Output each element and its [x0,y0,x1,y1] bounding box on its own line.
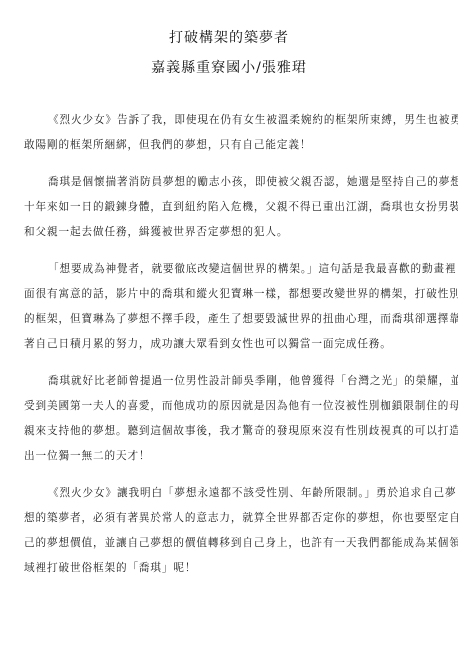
document-body: 《烈火少女》告訴了我，即使現在仍有女生被溫柔婉約的框架所束縛，男生也被勇 敢陽剛… [24,108,436,593]
paragraph-line: 「想要成為神覺者，就要徹底改變這個世界的構架。」這句話是我最喜歡的動畫裡 [24,257,436,282]
paragraph-line: 域裡打破世俗框架的「喬琪」呢！ [24,556,436,581]
paragraph-line: 想的築夢者，必須有著異於常人的意志力，就算全世界都否定你的夢想，你也要堅定自 [24,506,436,531]
paragraph-5: 《烈火少女》讓我明白「夢想永遠都不該受性別、年齡所限制。」勇於追求自己夢 想的築… [24,481,436,581]
paragraph-line: 出一位獨一無二的天才！ [24,444,436,469]
paragraph-line: 喬琪是個懷揣著消防員夢想的勵志小孩，即使被父親否認，她還是堅持自己的夢想， [24,170,436,195]
paragraph-line: 和父親一起去做任務，緝獲被世界否定夢想的犯人。 [24,220,436,245]
paragraph-4: 喬琪就好比老師曾提過一位男性設計師吳季剛，他曾獲得「台灣之光」的榮耀，並 受到美… [24,369,436,469]
paragraph-line: 己的夢想價值，並讓自己夢想的價值轉移到自己身上，也許有一天我們都能成為某個領 [24,531,436,556]
document-page: 打破構架的築夢者 嘉義縣重寮國小/張雅珺 《烈火少女》告訴了我，即使現在仍有女生… [0,0,458,648]
paragraph-line: 親來支持他的夢想。聽到這個故事後，我才驚奇的發現原來沒有性別歧視真的可以打造 [24,419,436,444]
paragraph-3: 「想要成為神覺者，就要徹底改變這個世界的構架。」這句話是我最喜歡的動畫裡 面很有… [24,257,436,357]
paragraph-line: 的框架，但寶琳為了夢想不擇手段，產生了想要毀滅世界的扭曲心理，而喬琪卻選擇靠 [24,307,436,332]
paragraph-line: 敢陽剛的框架所綑綁，但我們的夢想，只有自己能定義！ [24,133,436,158]
document-byline: 嘉義縣重寮國小/張雅珺 [0,57,458,77]
paragraph-line: 喬琪就好比老師曾提過一位男性設計師吳季剛，他曾獲得「台灣之光」的榮耀，並 [24,369,436,394]
paragraph-line: 面很有寓意的話，影片中的喬琪和縱火犯寶琳一樣，都想要改變世界的構架，打破性別 [24,282,436,307]
document-title: 打破構架的築夢者 [0,27,458,47]
paragraph-line: 著自己日積月累的努力，成功讓大眾看到女性也可以獨當一面完成任務。 [24,332,436,357]
paragraph-line: 十年來如一日的鍛鍊身體，直到紐約陷入危機，父親不得已重出江湖，喬琪也女扮男裝 [24,195,436,220]
paragraph-line: 受到美國第一夫人的喜愛，而他成功的原因就是因為他有一位沒被性別枷鎖限制住的母 [24,394,436,419]
paragraph-line: 《烈火少女》讓我明白「夢想永遠都不該受性別、年齡所限制。」勇於追求自己夢 [24,481,436,506]
paragraph-line: 《烈火少女》告訴了我，即使現在仍有女生被溫柔婉約的框架所束縛，男生也被勇 [24,108,436,133]
paragraph-2: 喬琪是個懷揣著消防員夢想的勵志小孩，即使被父親否認，她還是堅持自己的夢想， 十年… [24,170,436,245]
paragraph-1: 《烈火少女》告訴了我，即使現在仍有女生被溫柔婉約的框架所束縛，男生也被勇 敢陽剛… [24,108,436,158]
